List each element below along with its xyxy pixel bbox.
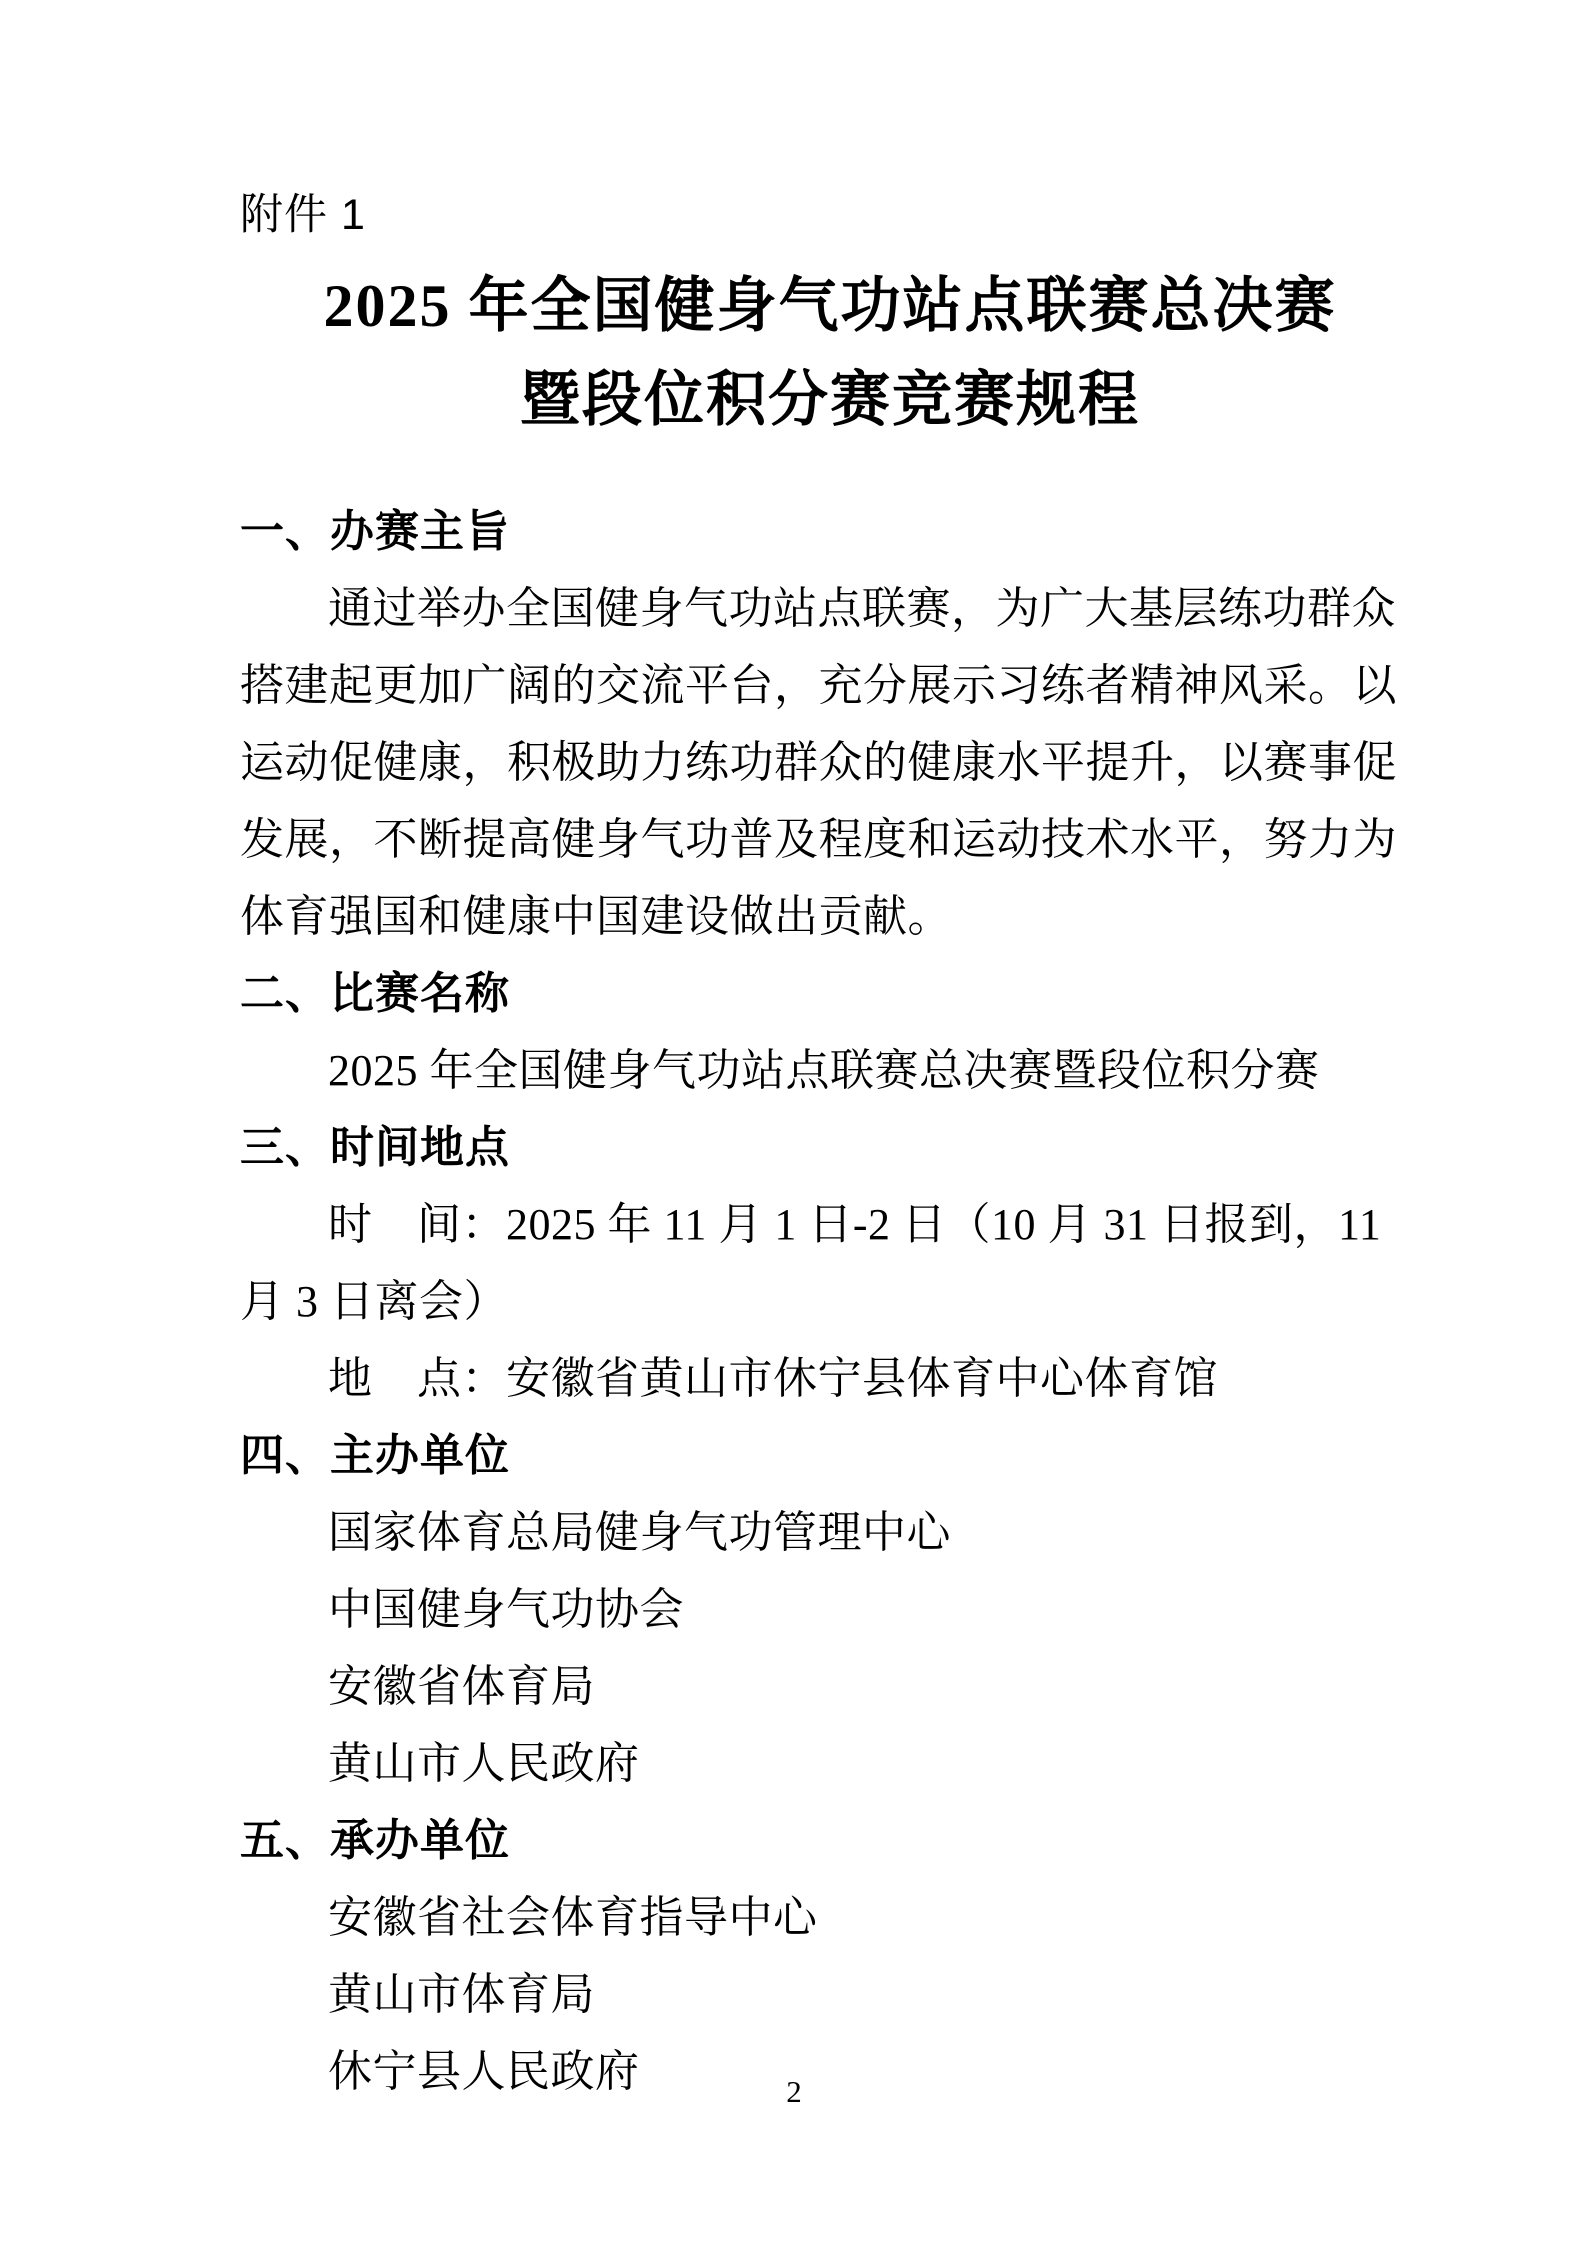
title-line-1: 2025 年全国健身气功站点联赛总决赛 — [240, 259, 1420, 353]
section-5-heading: 五、承办单位 — [240, 1802, 1420, 1879]
body-line-time-cont: 月 3 日离会） — [240, 1263, 1420, 1340]
organizer-line: 中国健身气功协会 — [240, 1571, 1420, 1648]
body-line: 2025 年全国健身气功站点联赛总决赛暨段位积分赛 — [240, 1032, 1420, 1109]
body-line: 体育强国和健康中国建设做出贡献。 — [240, 878, 1420, 955]
document-title: 2025 年全国健身气功站点联赛总决赛 暨段位积分赛竞赛规程 — [240, 259, 1420, 447]
document-page: 附件 1 2025 年全国健身气功站点联赛总决赛 暨段位积分赛竞赛规程 一、办赛… — [0, 0, 1588, 2245]
section-2-heading: 二、比赛名称 — [240, 955, 1420, 1032]
organizer-line: 安徽省体育局 — [240, 1648, 1420, 1725]
body-line: 通过举办全国健身气功站点联赛，为广大基层练功群众 — [240, 570, 1420, 647]
section-1-heading: 一、办赛主旨 — [240, 493, 1420, 570]
organizer-line: 国家体育总局健身气功管理中心 — [240, 1494, 1420, 1571]
undertaker-line: 安徽省社会体育指导中心 — [240, 1879, 1420, 1956]
body-line: 搭建起更加广阔的交流平台，充分展示习练者精神风采。以 — [240, 647, 1420, 724]
organizer-line: 黄山市人民政府 — [240, 1725, 1420, 1802]
document-content: 附件 1 2025 年全国健身气功站点联赛总决赛 暨段位积分赛竞赛规程 一、办赛… — [240, 185, 1420, 2110]
body-line-time: 时 间：2025 年 11 月 1 日-2 日（10 月 31 日报到，11 — [240, 1186, 1420, 1263]
page-number: 2 — [0, 2072, 1588, 2112]
document-body: 一、办赛主旨 通过举办全国健身气功站点联赛，为广大基层练功群众 搭建起更加广阔的… — [240, 493, 1420, 2110]
attachment-label: 附件 1 — [240, 185, 1420, 245]
title-line-2: 暨段位积分赛竞赛规程 — [240, 353, 1420, 447]
body-line: 发展，不断提高健身气功普及程度和运动技术水平，努力为 — [240, 801, 1420, 878]
undertaker-line: 黄山市体育局 — [240, 1956, 1420, 2033]
section-3-heading: 三、时间地点 — [240, 1109, 1420, 1186]
section-4-heading: 四、主办单位 — [240, 1417, 1420, 1494]
body-line-location: 地 点：安徽省黄山市休宁县体育中心体育馆 — [240, 1340, 1420, 1417]
body-line: 运动促健康，积极助力练功群众的健康水平提升，以赛事促 — [240, 724, 1420, 801]
